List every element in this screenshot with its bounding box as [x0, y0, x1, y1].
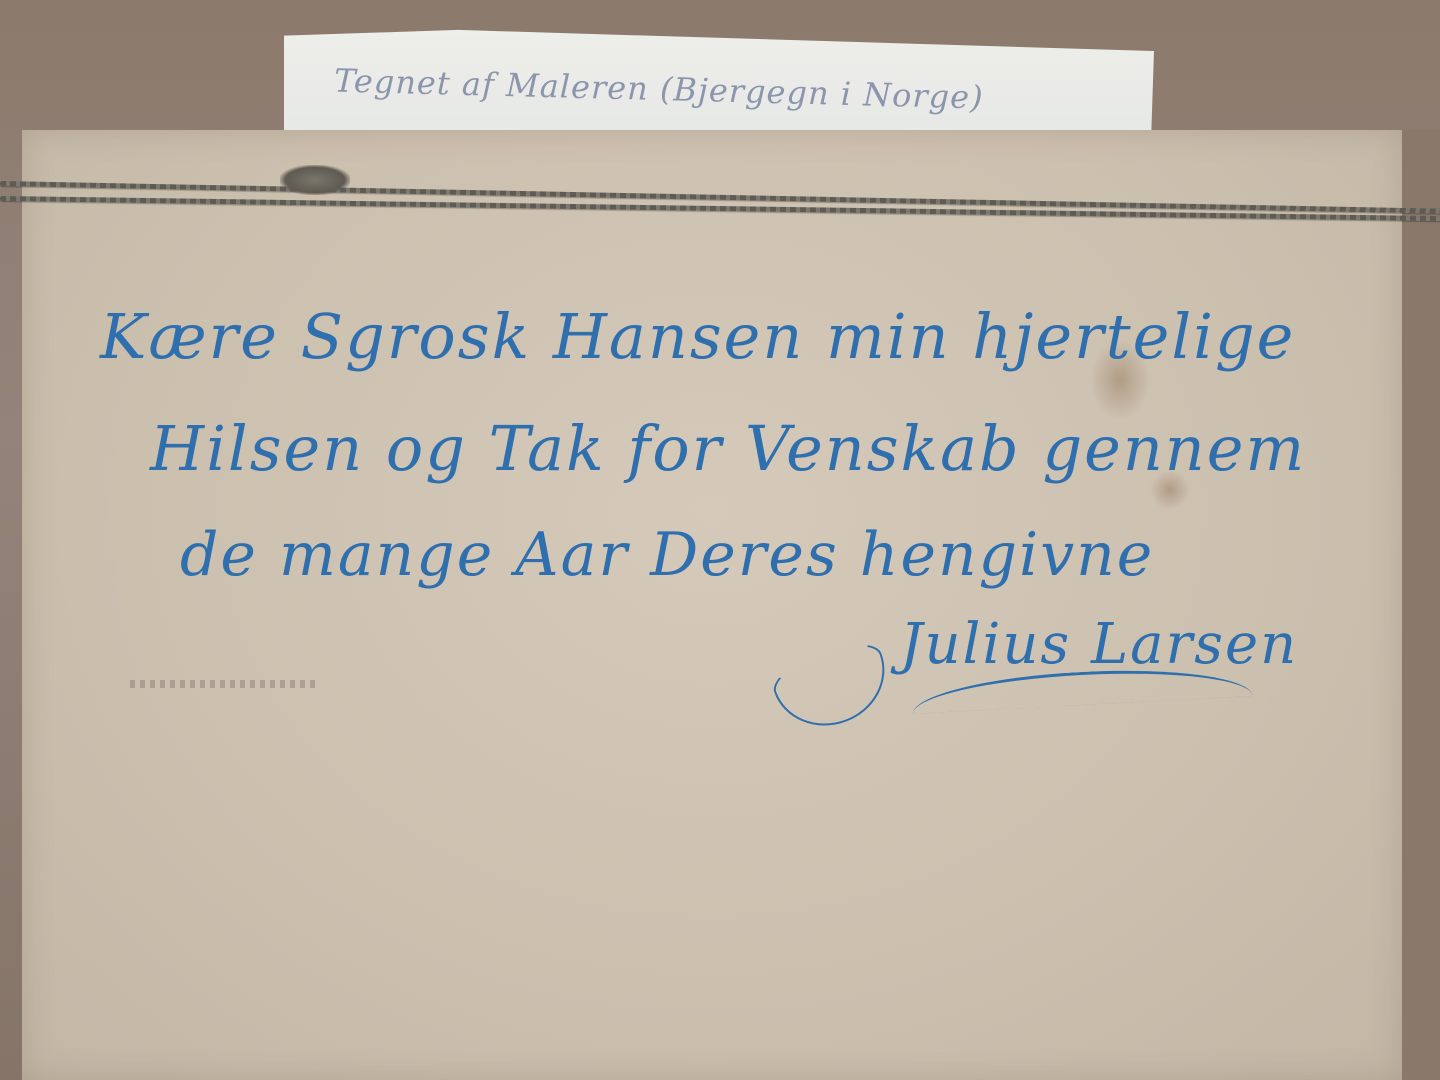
wire-knot: [280, 165, 350, 195]
inscription-line-1: Kære Sgrosk Hansen min hjertelige: [100, 300, 1295, 373]
faint-pencil-mark: [130, 680, 320, 688]
inscription-line-3: de mange Aar Deres hengivne: [180, 520, 1154, 590]
label-line-1: Tegnet af Maleren (Bjergegn i Norge): [334, 62, 984, 117]
frame-edge-strip: [1402, 130, 1440, 1080]
backing-paper: [22, 130, 1402, 1080]
inscription-line-2: Hilsen og Tak for Venskab gennem: [150, 412, 1306, 485]
signature: Julius Larsen: [900, 612, 1298, 677]
